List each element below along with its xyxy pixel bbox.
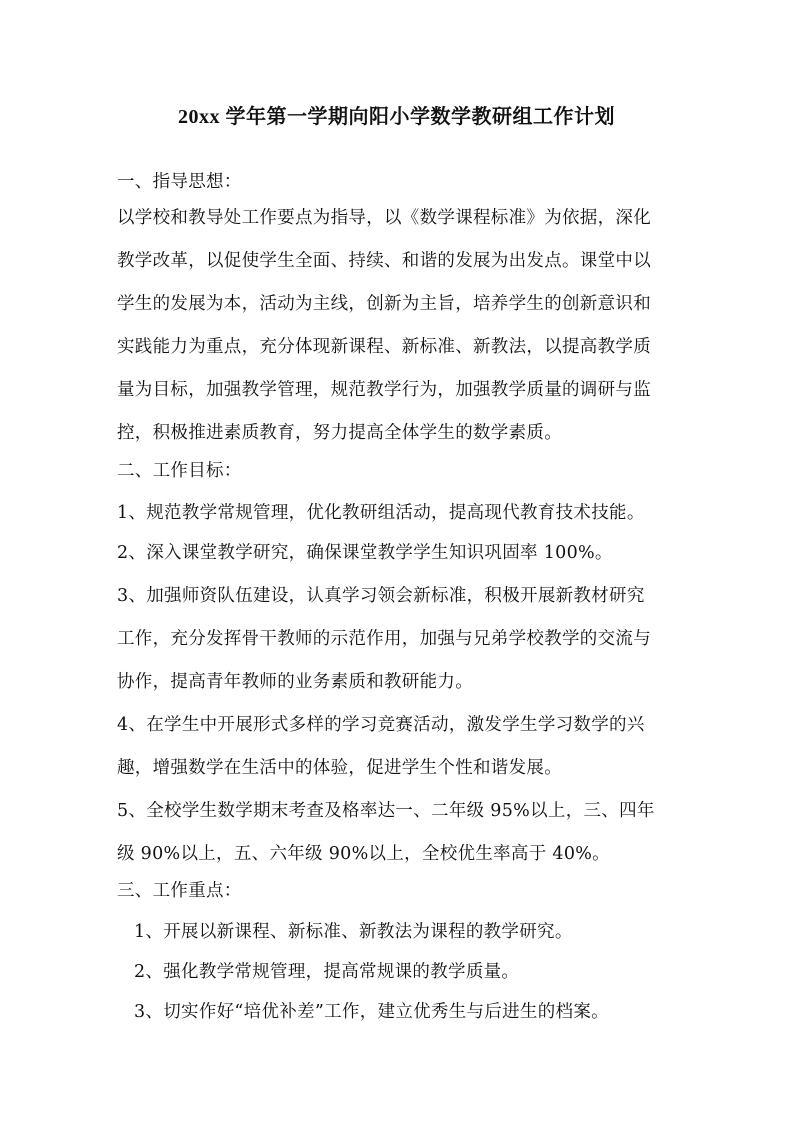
goal-item: 工作，充分发挥骨干教师的示范作用，加强与兄弟学校教学的交流与 xyxy=(117,628,651,650)
document-title: 20xx 学年第一学期向阳小学数学教研组工作计划 xyxy=(0,100,793,129)
focus-item: 3、切实作好“培优补差”工作，建立优秀生与后进生的档案。 xyxy=(134,1001,609,1023)
section-heading-guiding-ideology: 一、指导思想： xyxy=(117,171,242,193)
paragraph-line: 教学改革，以促使学生全面、持续、和谐的发展为出发点。课堂中以 xyxy=(117,250,651,272)
goal-item: 4、在学生中开展形式多样的学习竞赛活动，激发学生学习数学的兴 xyxy=(117,714,645,736)
goal-item: 协作，提高青年教师的业务素质和教研能力。 xyxy=(117,671,473,693)
goal-item: 3、加强师资队伍建设，认真学习领会新标准，积极开展新教材研究 xyxy=(117,585,645,607)
goal-item: 2、深入课堂教学研究，确保课堂教学学生知识巩固率 100%。 xyxy=(117,542,613,564)
paragraph-line: 以学校和教导处工作要点为指导，以《数学课程标准》为依据，深化 xyxy=(117,207,651,229)
paragraph-line: 控，积极推进素质教育，努力提高全体学生的数学素质。 xyxy=(117,422,562,444)
goal-item: 趣，增强数学在生活中的体验，促进学生个性和谐发展。 xyxy=(117,757,562,779)
focus-item: 2、强化教学常规管理，提高常规课的教学质量。 xyxy=(134,961,519,983)
section-heading-work-goals: 二、工作目标： xyxy=(117,460,242,482)
paragraph-line: 量为目标，加强教学管理，规范教学行为，加强教学质量的调研与监 xyxy=(117,379,651,401)
goal-item: 1、规范教学常规管理，优化教研组活动，提高现代教育技术技能。 xyxy=(117,502,645,524)
goal-item: 5、全校学生数学期末考查及格率达一、二年级 95%以上，三、四年 xyxy=(117,800,655,822)
focus-item: 1、开展以新课程、新标准、新教法为课程的教学研究。 xyxy=(134,921,573,943)
paragraph-line: 学生的发展为本，活动为主线，创新为主旨，培养学生的创新意识和 xyxy=(117,293,651,315)
goal-item: 级 90%以上，五、六年级 90%以上，全校优生率高于 40%。 xyxy=(117,843,610,865)
document-page: 20xx 学年第一学期向阳小学数学教研组工作计划 一、指导思想： 以学校和教导处… xyxy=(0,0,793,1122)
paragraph-line: 实践能力为重点，充分体现新课程、新标准、新教法，以提高教学质 xyxy=(117,336,651,358)
section-heading-work-focus: 三、工作重点： xyxy=(117,880,242,902)
